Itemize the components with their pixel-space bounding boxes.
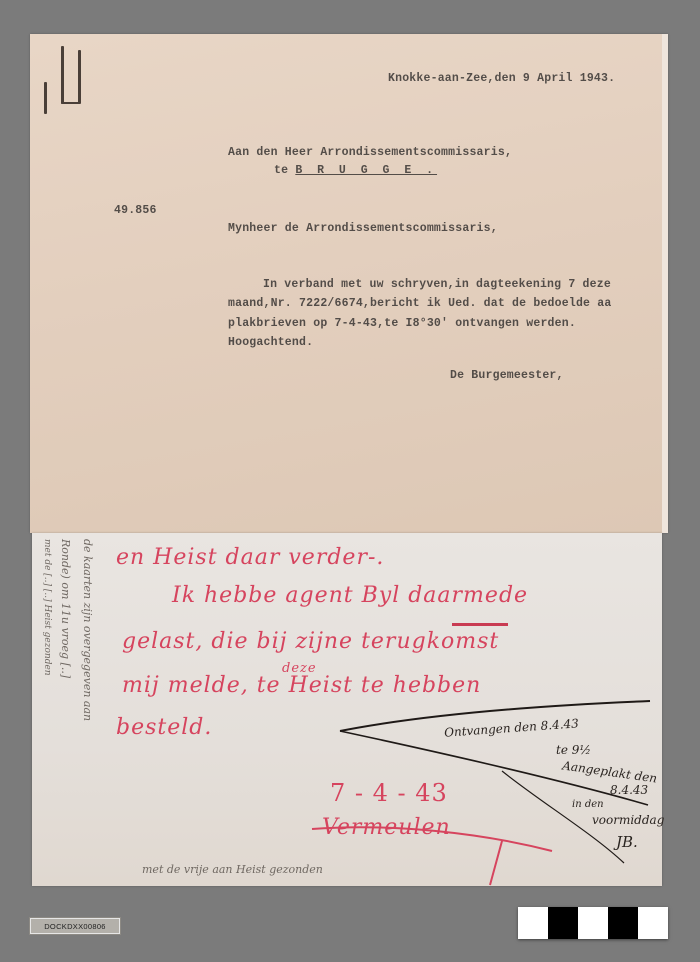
red-signature: Vermeulen <box>322 815 451 840</box>
color-swatch-white <box>638 907 668 939</box>
handwritten-note-sheet: de kaarten zijn overgegeven aan Ronde) o… <box>32 533 662 886</box>
red-date: 7 - 4 - 43 <box>330 779 448 807</box>
color-swatch-black <box>548 907 578 939</box>
posted-morning: voormiddag <box>592 813 664 827</box>
archive-id-label: DOCKDXX00806 <box>30 918 120 934</box>
posted-in-the: in den <box>572 799 604 810</box>
recipient-city: B R U G G E . <box>295 164 437 177</box>
color-swatch-white <box>518 907 548 939</box>
reference-number: 49.856 <box>114 204 157 217</box>
body-line: Hoogachtend. <box>228 336 313 349</box>
recipient-line: Aan den Heer Arrondissementscommissaris, <box>228 146 512 159</box>
place-date: Knokke-aan-Zee,den 9 April 1943. <box>388 72 615 85</box>
body-line: plakbrieven op 7-4-43,te I8°30' ontvange… <box>228 317 576 330</box>
staple-mark-left <box>44 82 47 114</box>
typed-letter-sheet: Knokke-aan-Zee,den 9 April 1943. Aan den… <box>30 34 668 533</box>
salutation: Mynheer de Arrondissementscommissaris, <box>228 222 498 235</box>
recipient-prefix: te <box>274 164 288 177</box>
recipient-city-line: te B R U G G E . <box>274 164 437 177</box>
staple-mark-bottom <box>61 102 80 104</box>
closing-signature-title: De Burgemeester, <box>450 369 564 382</box>
received-time: te 9½ <box>556 743 591 757</box>
color-swatch-black <box>608 907 638 939</box>
color-swatch-white <box>578 907 608 939</box>
bottom-pencil-note: met de vrije aan Heist gezonden <box>142 863 323 876</box>
initials: JB. <box>616 833 638 851</box>
staple-mark-right <box>78 50 81 104</box>
calibration-color-bar <box>518 907 668 939</box>
body-line: maand,Nr. 7222/6674,bericht ik Ued. dat … <box>228 297 611 310</box>
body-line: In verband met uw schryven,in dagteekeni… <box>263 278 611 291</box>
staple-mark-middle <box>61 46 64 104</box>
posted-date: 8.4.43 <box>610 783 648 797</box>
